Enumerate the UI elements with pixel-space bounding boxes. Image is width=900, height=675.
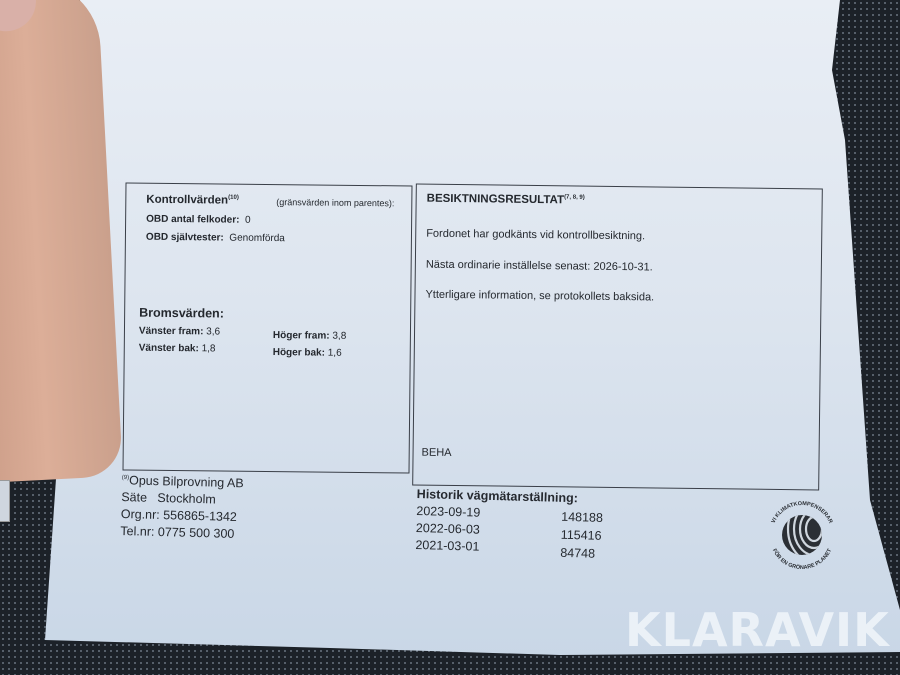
brake-right-rear: Höger bak: 1,6: [273, 347, 342, 359]
brakes-title: Bromsvärden:: [139, 306, 224, 321]
climate-compensation-stamp: VI KLIMATKOMPENSERAR FÖR EN GRÖNARE PLAN…: [762, 495, 842, 575]
inspector-code: BEHA: [421, 447, 451, 459]
obd-fault-codes: OBD antal felkoder: 0: [146, 214, 251, 226]
brake-left-rear: Vänster bak: 1,8: [139, 343, 216, 355]
watch-band: [0, 480, 10, 522]
limit-note: (gränsvärden inom parentes):: [276, 197, 394, 208]
klaravik-watermark: KLARAVIK: [625, 603, 890, 657]
control-values-box: Kontrollvärden(10) (gränsvärden inom par…: [122, 183, 412, 474]
thumbnail: [0, 0, 38, 33]
brake-right-front: Höger fram: 3,8: [273, 330, 346, 342]
result-line-approved: Fordonet har godkänts vid kontrollbesikt…: [426, 228, 645, 243]
result-line-more-info: Ytterligare information, se protokollets…: [425, 289, 654, 304]
inspection-result-box: BESIKTNINGSRESULTAT(7, 8, 9) Fordonet ha…: [412, 184, 823, 491]
result-line-next-inspection: Nästa ordinarie inställelse senast: 2026…: [426, 259, 653, 274]
result-title: BESIKTNINGSRESULTAT(7, 8, 9): [427, 193, 585, 207]
company-phone: Tel.nr: 0775 500 300: [120, 523, 242, 543]
odometer-value: 148188: [561, 509, 603, 527]
odometer-history: Historik vägmätarställning: 2023-09-1914…: [415, 486, 603, 559]
brake-left-front: Vänster fram: 3,6: [139, 326, 220, 338]
company-info: (9)Opus Bilprovning AB Säte Stockholm Or…: [120, 470, 244, 543]
control-values-title: Kontrollvärden(10): [146, 194, 239, 207]
odometer-value: 84748: [560, 545, 595, 563]
odometer-value: 115416: [561, 527, 602, 545]
obd-self-tests: OBD självtester: Genomförda: [146, 232, 285, 244]
